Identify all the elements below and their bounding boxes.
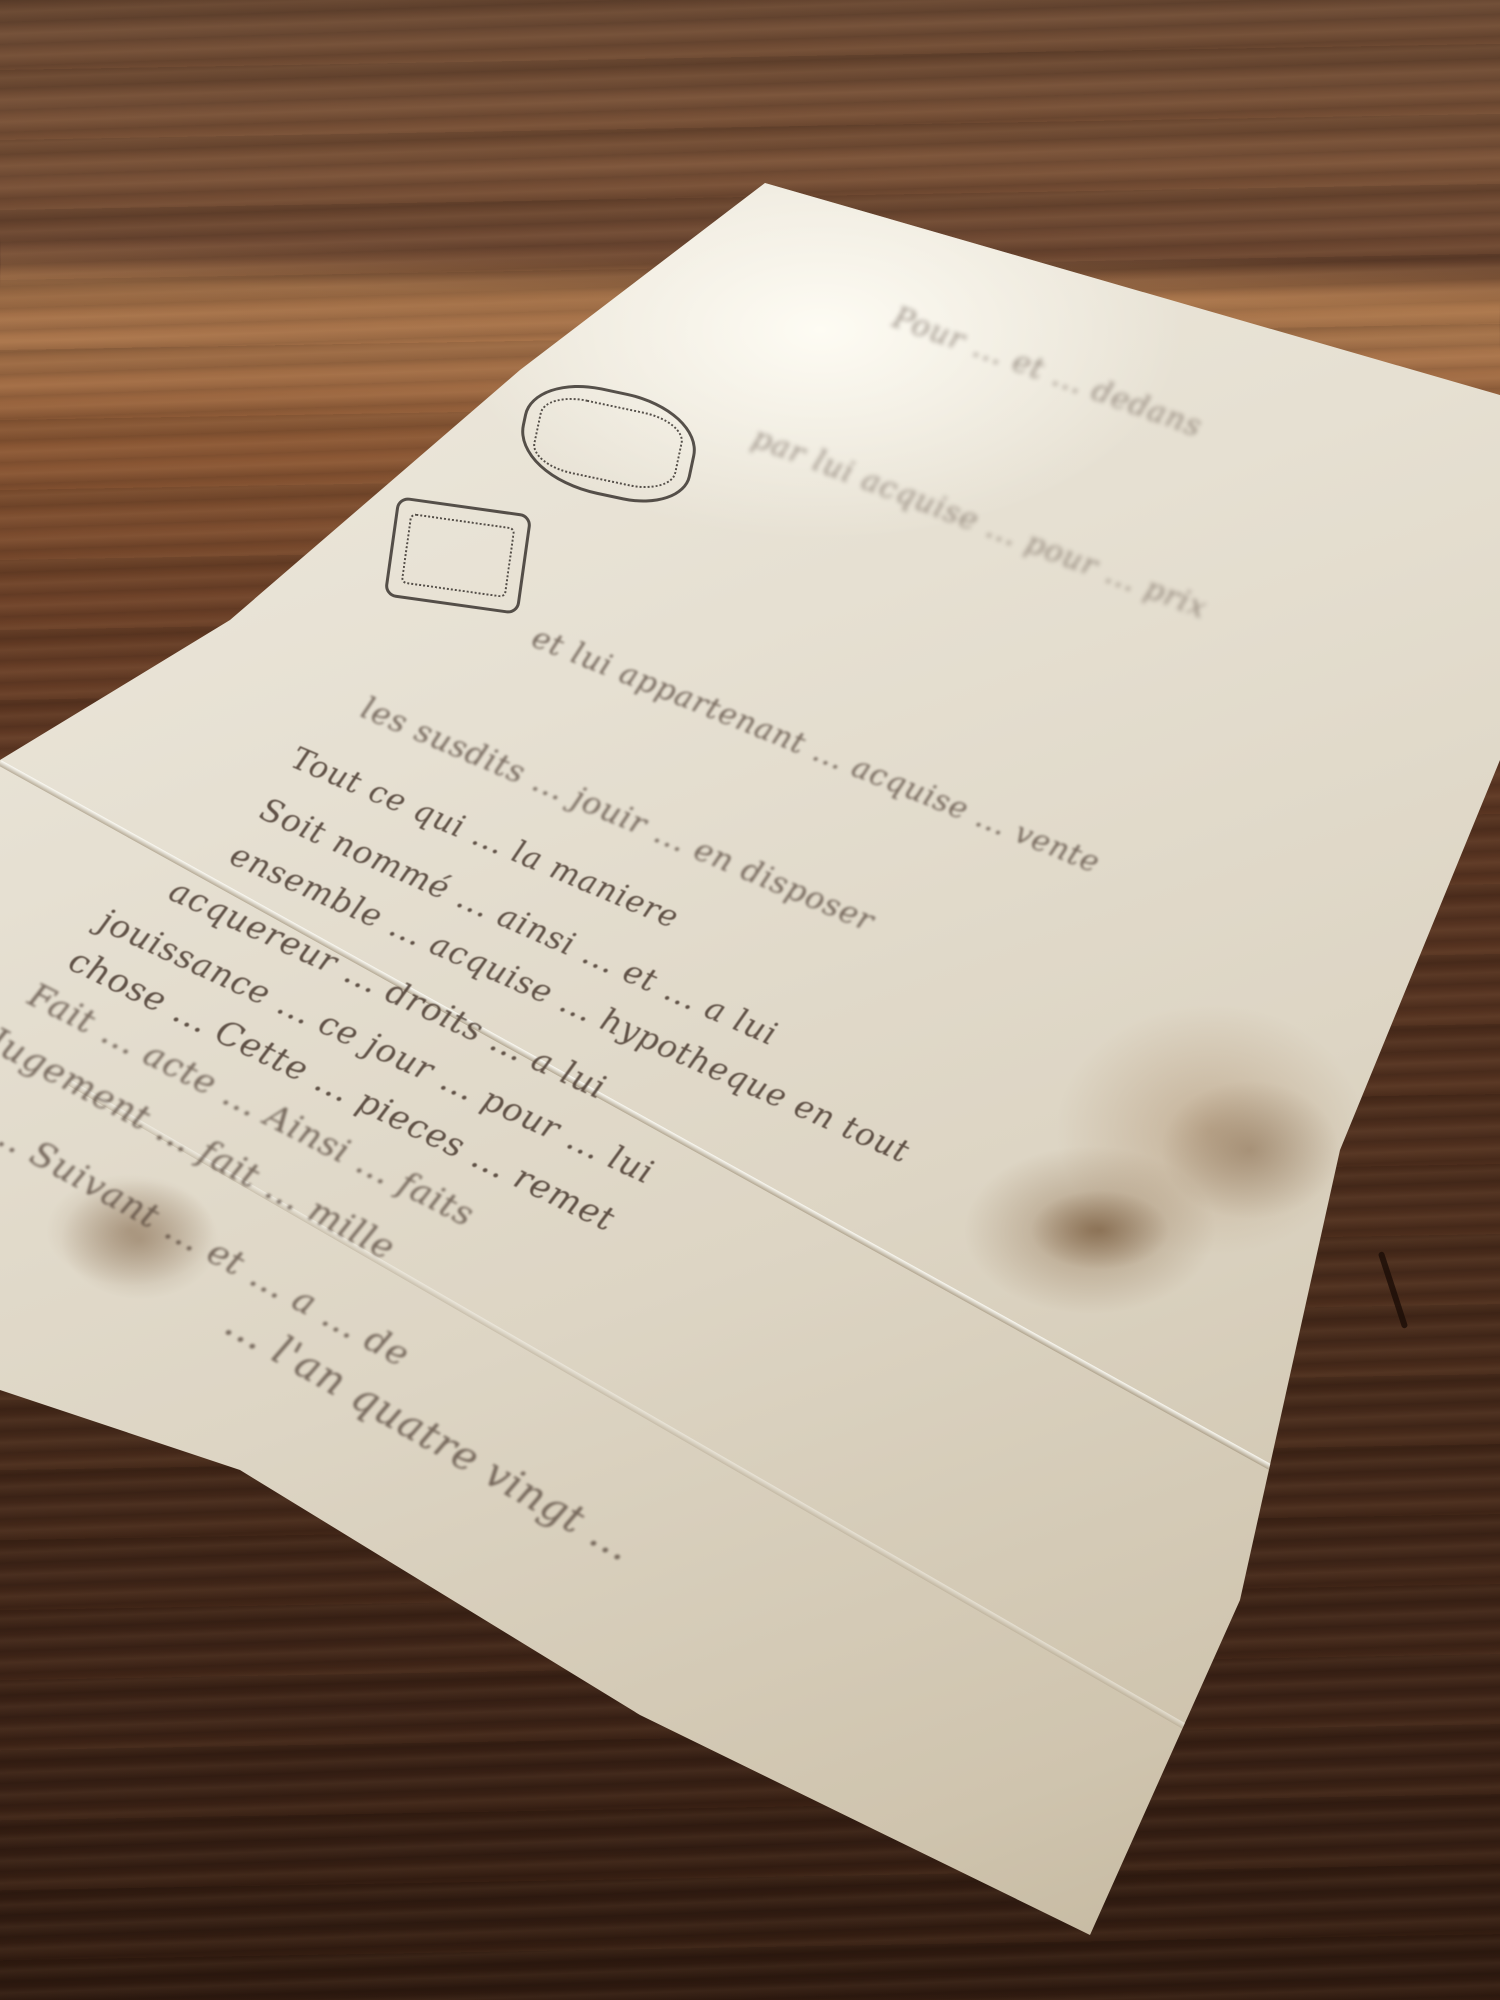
water-stain bbox=[1160, 1080, 1340, 1220]
manuscript-line: et lui appartenant ... acquise ... vente bbox=[527, 620, 1105, 881]
crest-stamp-icon bbox=[384, 496, 533, 615]
manuscript-line: Pour ... et ... dedans bbox=[888, 300, 1207, 445]
water-stain bbox=[1030, 1190, 1170, 1270]
manuscript-line: par lui acquise ... pour ... prix bbox=[747, 420, 1212, 626]
ornate-stamp-icon bbox=[511, 373, 705, 513]
